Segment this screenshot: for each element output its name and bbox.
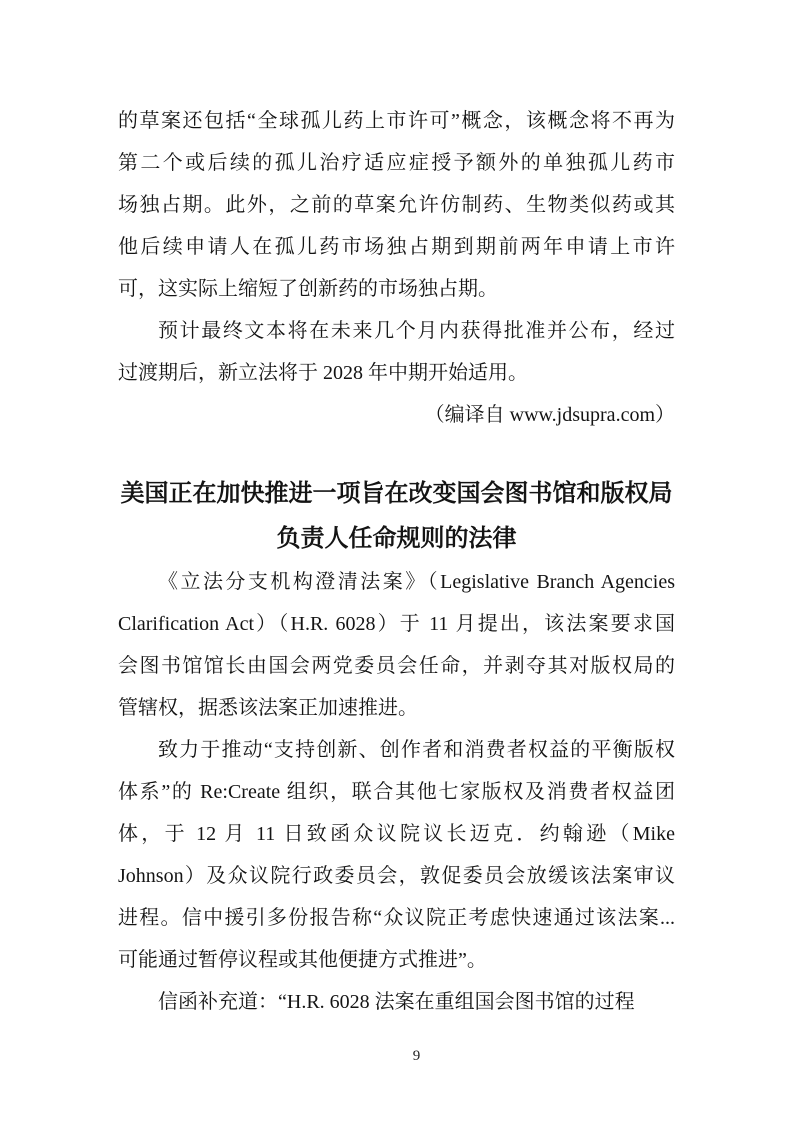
- paragraph: 致力于推动“支持创新、创作者和消费者权益的平衡版权体系”的 Re:Create …: [118, 729, 675, 981]
- text-line: 的草案还包括“全球孤儿药上市许可”概念，该概念将不再为: [118, 100, 675, 142]
- text-line: 《立法分支机构澄清法案》（Legislative Branch Agencies: [118, 561, 675, 603]
- text-line: （编译自 www.jdsupra.com）: [118, 394, 675, 436]
- document-body: 的草案还包括“全球孤儿药上市许可”概念，该概念将不再为第二个或后续的孤儿治疗适应…: [118, 100, 675, 1023]
- text-line: 美国正在加快推进一项旨在改变国会图书馆和版权局: [118, 471, 675, 516]
- text-line: 他后续申请人在孤儿药市场独占期到期前两年申请上市许: [118, 226, 675, 268]
- text-line: 会图书馆馆长由国会两党委员会任命，并剥夺其对版权局的: [118, 645, 675, 687]
- text-line: 体系”的 Re:Create 组织，联合其他七家版权及消费者权益团: [118, 771, 675, 813]
- text-line: 管辖权，据悉该法案正加速推进。: [118, 687, 675, 729]
- paragraph: 预计最终文本将在未来几个月内获得批准并公布，经过过渡期后，新立法将于 2028 …: [118, 310, 675, 394]
- document-page: 的草案还包括“全球孤儿药上市许可”概念，该概念将不再为第二个或后续的孤儿治疗适应…: [0, 0, 793, 1122]
- paragraph: 《立法分支机构澄清法案》（Legislative Branch Agencies…: [118, 561, 675, 729]
- text-line: 进程。信中援引多份报告称“众议院正考虑快速通过该法案...: [118, 897, 675, 939]
- paragraph: 信函补充道：“H.R. 6028 法案在重组国会图书馆的过程: [118, 981, 675, 1023]
- text-line: Clarification Act）（H.R. 6028）于 11 月提出，该法…: [118, 603, 675, 645]
- text-line: 可能通过暂停议程或其他便捷方式推进”。: [118, 939, 675, 981]
- citation: （编译自 www.jdsupra.com）: [118, 394, 675, 436]
- text-line: 过渡期后，新立法将于 2028 年中期开始适用。: [118, 352, 675, 394]
- paragraph: 的草案还包括“全球孤儿药上市许可”概念，该概念将不再为第二个或后续的孤儿治疗适应…: [118, 100, 675, 310]
- article-title: 美国正在加快推进一项旨在改变国会图书馆和版权局负责人任命规则的法律: [118, 471, 675, 561]
- text-line: 可，这实际上缩短了创新药的市场独占期。: [118, 268, 675, 310]
- page-number: 9: [20, 1046, 793, 1066]
- text-line: 负责人任命规则的法律: [118, 516, 675, 561]
- text-line: 信函补充道：“H.R. 6028 法案在重组国会图书馆的过程: [118, 981, 675, 1023]
- text-line: 致力于推动“支持创新、创作者和消费者权益的平衡版权: [118, 729, 675, 771]
- text-line: 场独占期。此外，之前的草案允许仿制药、生物类似药或其: [118, 184, 675, 226]
- text-line: 第二个或后续的孤儿治疗适应症授予额外的单独孤儿药市: [118, 142, 675, 184]
- text-line: Johnson）及众议院行政委员会，敦促委员会放缓该法案审议: [118, 855, 675, 897]
- text-line: 体，于 12 月 11 日致函众议院议长迈克．约翰逊（Mike: [118, 813, 675, 855]
- text-line: 预计最终文本将在未来几个月内获得批准并公布，经过: [118, 310, 675, 352]
